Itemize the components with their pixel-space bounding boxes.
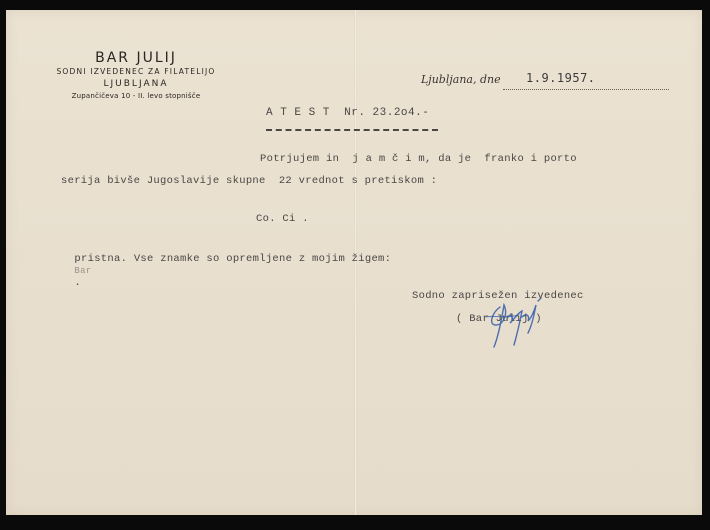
letterhead-address: Zupančičeva 10 - II. levo stopnišče [26,90,246,102]
date-dotted-line [503,89,669,90]
stamp-mark: Bar [74,266,91,276]
letterhead-city: LJUBLJANA [26,78,246,90]
certificate-heading: A T E S T Nr. 23.2o4.- [266,107,429,119]
certificate-document: BAR JULIJ SODNI IZVEDENEC ZA FILATELIJO … [6,10,702,515]
body-line-4-text: pristna. Vse znamke so opremljene z moji… [74,253,391,265]
heading-underline [266,129,438,131]
letterhead-title: SODNI IZVEDENEC ZA FILATELIJO [26,66,246,78]
body-line-1: Potrjujem in j a m č i m, da je franko i… [260,153,577,165]
body-line-4-end: . [74,277,81,289]
body-line-4: pristna. Vse znamke so opremljene z moji… [48,241,391,301]
body-line-3: Co. Ci . [256,213,309,225]
date-value: 1.9.1957. [526,71,596,85]
letterhead-name: BAR JULIJ [26,50,246,66]
body-line-2: serija bivše Jugoslavije skupne 22 vredn… [61,175,437,187]
handwritten-signature [478,295,558,355]
date-label: Ljubljana, dne [421,73,501,86]
letterhead: BAR JULIJ SODNI IZVEDENEC ZA FILATELIJO … [26,50,246,102]
